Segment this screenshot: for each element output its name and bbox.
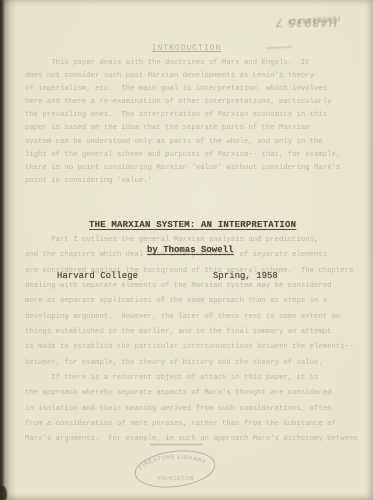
ghost-line: paper is based on the idea that the sepa… <box>25 122 365 135</box>
paper-byline: by Thomas Sowell <box>147 245 233 255</box>
ghost-line: there is no point considering Marxian 'v… <box>25 162 365 175</box>
ghost-paragraph-block-1: This paper deals with the doctrines of M… <box>25 57 365 188</box>
ghost-line: point in considering 'value.' <box>25 175 365 188</box>
pencil-call-number: HA8935 7 <box>272 16 340 29</box>
paper-term: Spring, 1958 <box>213 271 278 281</box>
ghost-line: the approach whereby separate aspects of… <box>25 386 365 402</box>
ghost-line: is made to establish the particular inte… <box>25 340 365 356</box>
ghost-line: in isolation and their meaning derived f… <box>25 402 365 418</box>
ghost-line: between, for example, the theory of hist… <box>25 356 365 372</box>
ghost-line: of imperialism, etc. The main goal is in… <box>25 83 365 96</box>
ghost-line: This paper deals with the doctrines of M… <box>25 57 365 70</box>
ghost-line: dealing with separate elements of the Ma… <box>25 279 365 295</box>
paper-institution: Harvard College <box>57 271 138 281</box>
ghost-paragraph-block-2: Part I outlines the general Marxian anal… <box>25 233 365 448</box>
ghost-line: system can be understood only as parts o… <box>25 135 365 148</box>
stamp-top-text: FIRESTONE LIBRARY <box>138 454 207 471</box>
scan-corner-blemish <box>0 486 7 500</box>
ghost-line: more as separate applications of the sam… <box>25 294 365 310</box>
ghost-heading: INTRODUCTION <box>0 44 373 53</box>
ghost-line: things established in the earlier, and i… <box>25 325 365 341</box>
scanned-title-page: HA8935 7 INTRODUCTION This paper deals w… <box>0 0 373 500</box>
ghost-line: here and there a re-examination of other… <box>25 96 365 109</box>
ghost-line: does not consider such post-Marxian deve… <box>25 70 365 83</box>
ghost-line: developing argument. However, the later … <box>25 310 365 326</box>
ghost-line: the prevailing ones. The interpretation … <box>25 109 365 122</box>
library-stamp: FIRESTONE LIBRARY PRINCETON <box>131 446 219 497</box>
library-stamp-oval: FIRESTONE LIBRARY PRINCETON <box>131 446 219 492</box>
paper-title: THE MARXIAN SYSTEM: AN INTERPRETATION <box>89 220 296 230</box>
stamp-bottom-text: PRINCETON <box>158 476 195 482</box>
svg-text:FIRESTONE LIBRARY: FIRESTONE LIBRARY <box>138 454 207 471</box>
ghost-line: from a consideration of mere phrases, ra… <box>25 417 365 433</box>
ghost-footer-line <box>150 444 202 445</box>
ghost-line: light of the general scheme and purposes… <box>25 149 365 162</box>
ghost-line: If there is a recurrent object of attack… <box>25 371 365 387</box>
